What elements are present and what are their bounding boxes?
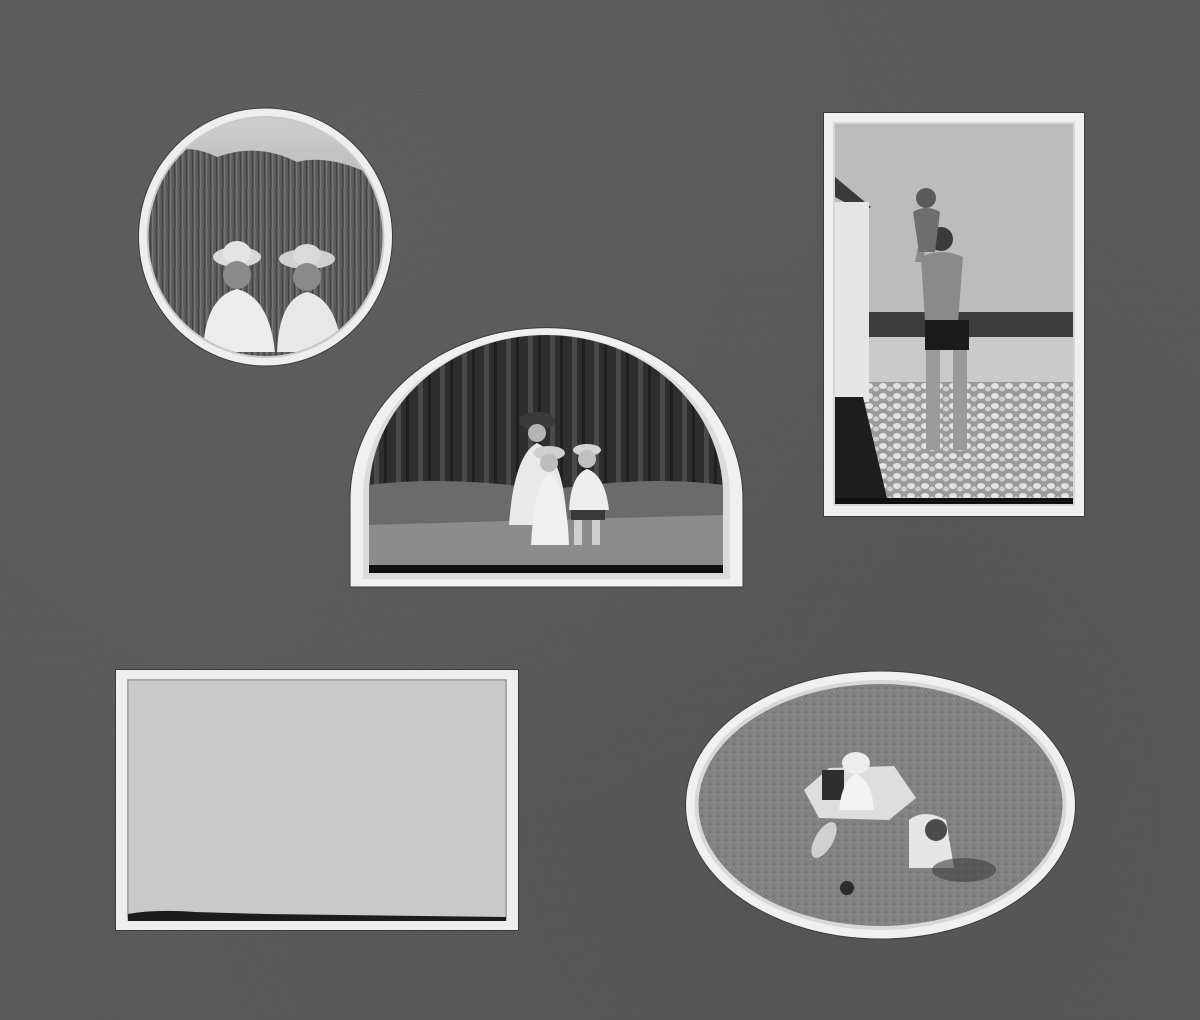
empty-photo-window: [115, 669, 519, 931]
photo-arch-woman-with-children: [349, 325, 744, 588]
photo-oval-children-on-blanket: [684, 670, 1077, 940]
photo-rect-man-lifting-child-beach: [823, 112, 1085, 517]
album-page: [0, 0, 1200, 1020]
